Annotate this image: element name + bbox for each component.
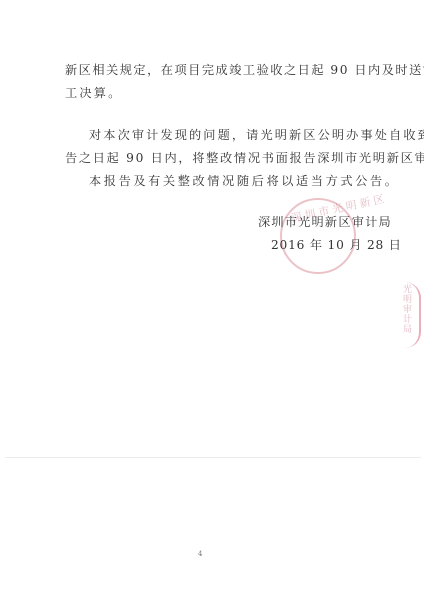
scan-divider-line	[5, 457, 421, 458]
page-number: 4	[198, 550, 202, 558]
signature-organization: 深圳市光明新区审计局	[258, 214, 392, 230]
signature-date: 2016 年 10 月 28 日	[271, 237, 402, 253]
body-text-line: 对本次审计发现的问题，请光明新区公明办事处自收到本报	[89, 127, 424, 143]
announcement-text: 本报告及有关整改情况随后将以适当方式公告。	[89, 173, 400, 189]
body-text-line: 告之日起 90 日内，将整改情况书面报告深圳市光明新区审计局。	[65, 150, 424, 166]
body-text-line: 新区相关规定，在项目完成竣工验收之日起 90 日内及时送审竣	[65, 62, 424, 78]
body-text-line: 工决算。	[65, 85, 123, 101]
edge-seal-text: 光明审计局	[400, 284, 413, 334]
